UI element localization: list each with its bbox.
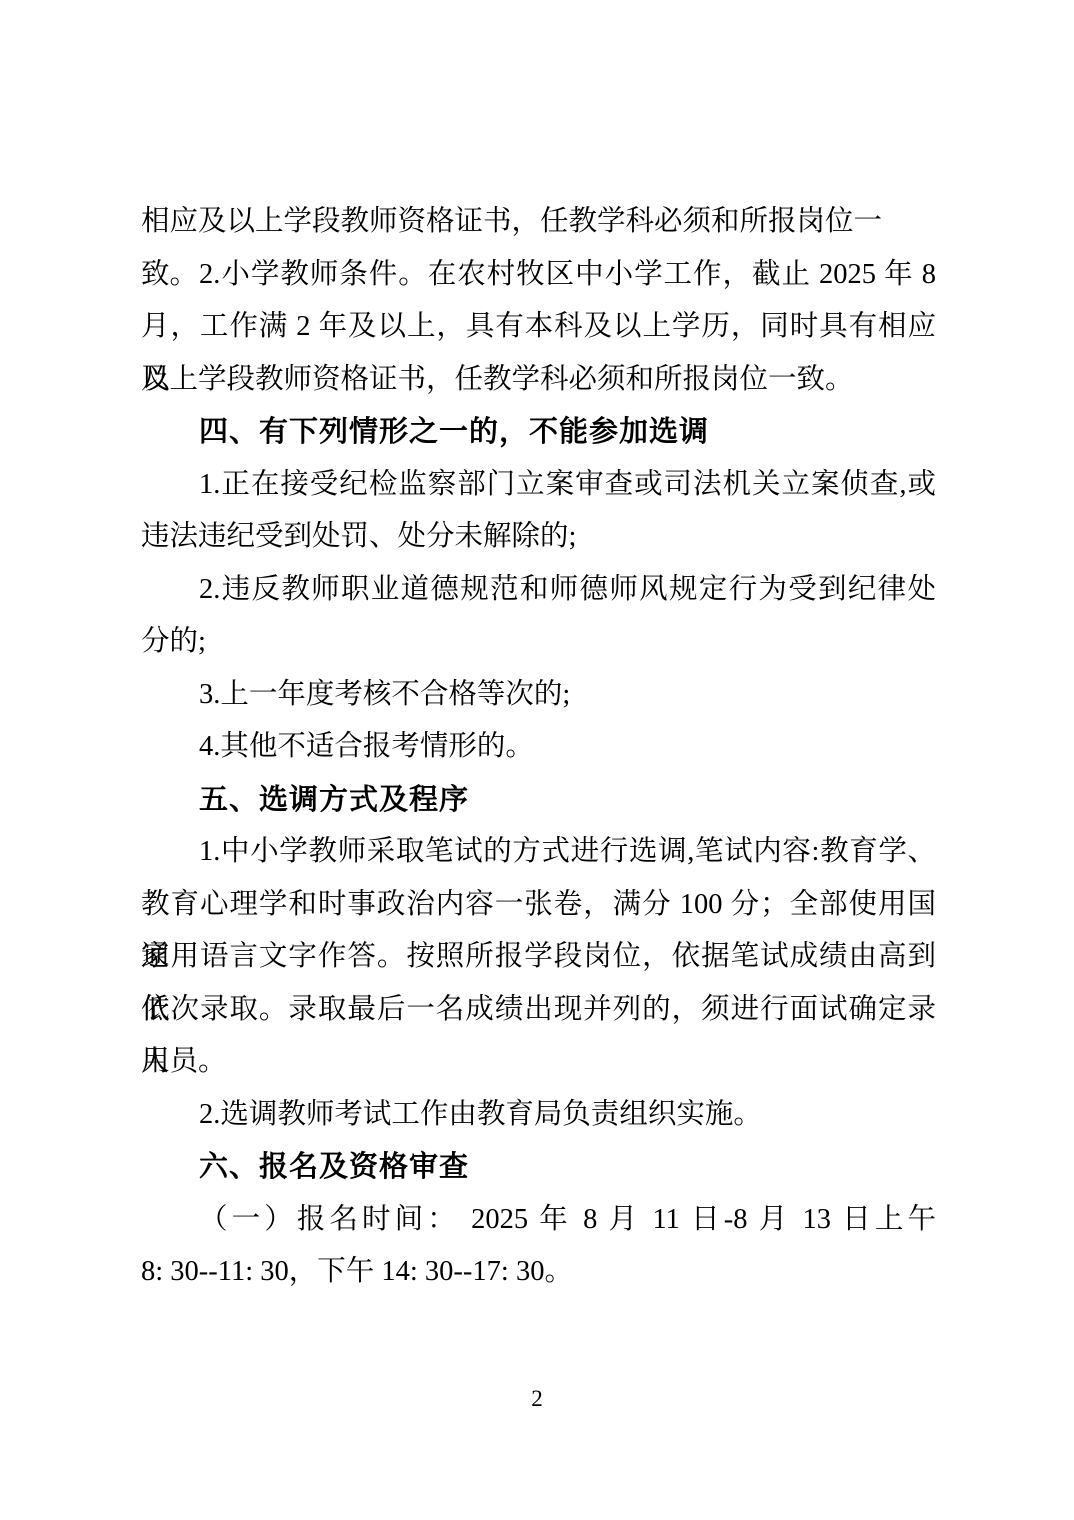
paragraph-line: 分的; [141,616,936,669]
paragraph-line: 2.小学教师条件。在农村牧区中小学工作，截止 2025 年 8 [141,249,936,302]
paragraph-line: 8: 30--11: 30，下午 14: 30--17: 30。 [141,1246,936,1299]
paragraph-line: 以上学段教师资格证书，任教学科必须和所报岗位一致。 [141,354,936,407]
document-body: 相应及以上学段教师资格证书，任教学科必须和所报岗位一致。 2.小学教师条件。在农… [141,196,936,1299]
paragraph-line: 1.中小学教师采取笔试的方式进行选调,笔试内容:教育学、 [141,826,936,879]
document-page: 相应及以上学段教师资格证书，任教学科必须和所报岗位一致。 2.小学教师条件。在农… [0,0,1074,1520]
paragraph-line: 2.违反教师职业道德规范和师德师风规定行为受到纪律处 [141,564,936,617]
paragraph-line: 2.选调教师考试工作由教育局负责组织实施。 [141,1089,936,1142]
paragraph-line: 1.正在接受纪检监察部门立案审查或司法机关立案侦查,或 [141,459,936,512]
paragraph-line: 通用语言文字作答。按照所报学段岗位，依据笔试成绩由高到低 [141,931,936,984]
paragraph-line: （一）报名时间： 2025 年 8 月 11 日-8 月 13 日上午 [141,1194,936,1247]
paragraph-line: 4.其他不适合报考情形的。 [141,721,936,774]
page-number: 2 [0,1386,1074,1412]
paragraph-line: 违法违纪受到处罚、处分未解除的; [141,511,936,564]
paragraph-line: 月，工作满 2 年及以上，具有本科及以上学历，同时具有相应及 [141,301,936,354]
section-heading-6: 六、报名及资格审查 [141,1141,936,1194]
paragraph-line: 相应及以上学段教师资格证书，任教学科必须和所报岗位一致。 [141,196,936,249]
section-heading-5: 五、选调方式及程序 [141,774,936,827]
paragraph-line: 人员。 [141,1036,936,1089]
paragraph-line: 3.上一年度考核不合格等次的; [141,669,936,722]
paragraph-line: 教育心理学和时事政治内容一张卷，满分 100 分；全部使用国家 [141,879,936,932]
paragraph-line: 依次录取。录取最后一名成绩出现并列的，须进行面试确定录用 [141,984,936,1037]
section-heading-4: 四、有下列情形之一的，不能参加选调 [141,406,936,459]
